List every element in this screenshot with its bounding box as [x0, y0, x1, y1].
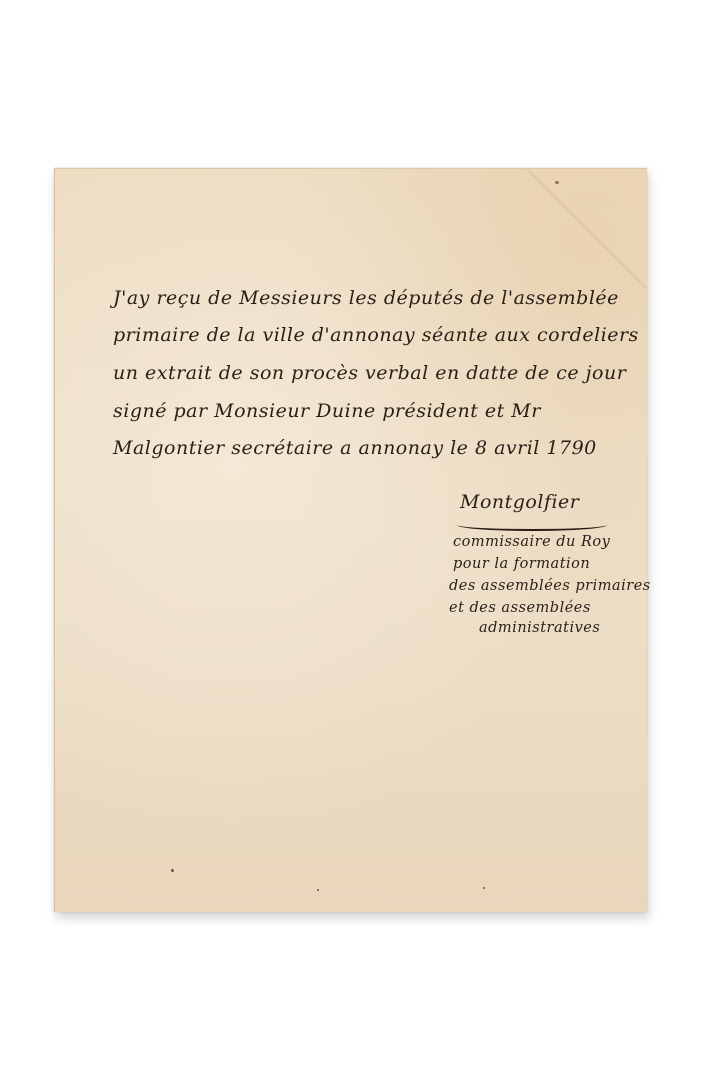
paper-spot — [483, 887, 485, 889]
letter-line-3: un extrait de son procès verbal en datte… — [113, 362, 626, 384]
paper-spot — [555, 181, 559, 184]
letter-sheet: J'ay reçu de Messieurs les députés de l'… — [54, 168, 647, 912]
paper-spot — [317, 889, 319, 891]
signature-title-line-1: commissaire du Roy — [453, 534, 610, 550]
letter-line-5: Malgontier secrétaire a annonay le 8 avr… — [113, 437, 597, 459]
letter-line-1: J'ay reçu de Messieurs les députés de l'… — [113, 287, 619, 309]
letter-line-4: signé par Monsieur Duine président et Mr — [113, 400, 541, 422]
signature-title-line-5: administratives — [479, 620, 600, 636]
signature-title-line-3: des assemblées primaires — [449, 578, 651, 594]
signature-flourish — [457, 519, 607, 531]
signature-title-line-4: et des assemblées — [449, 600, 591, 616]
paper-spot — [171, 869, 174, 872]
signature-title-line-2: pour la formation — [453, 556, 590, 572]
paper-fold-crease — [527, 169, 647, 289]
letter-line-2: primaire de la ville d'annonay séante au… — [113, 324, 639, 346]
signature: Montgolfier — [460, 491, 579, 513]
